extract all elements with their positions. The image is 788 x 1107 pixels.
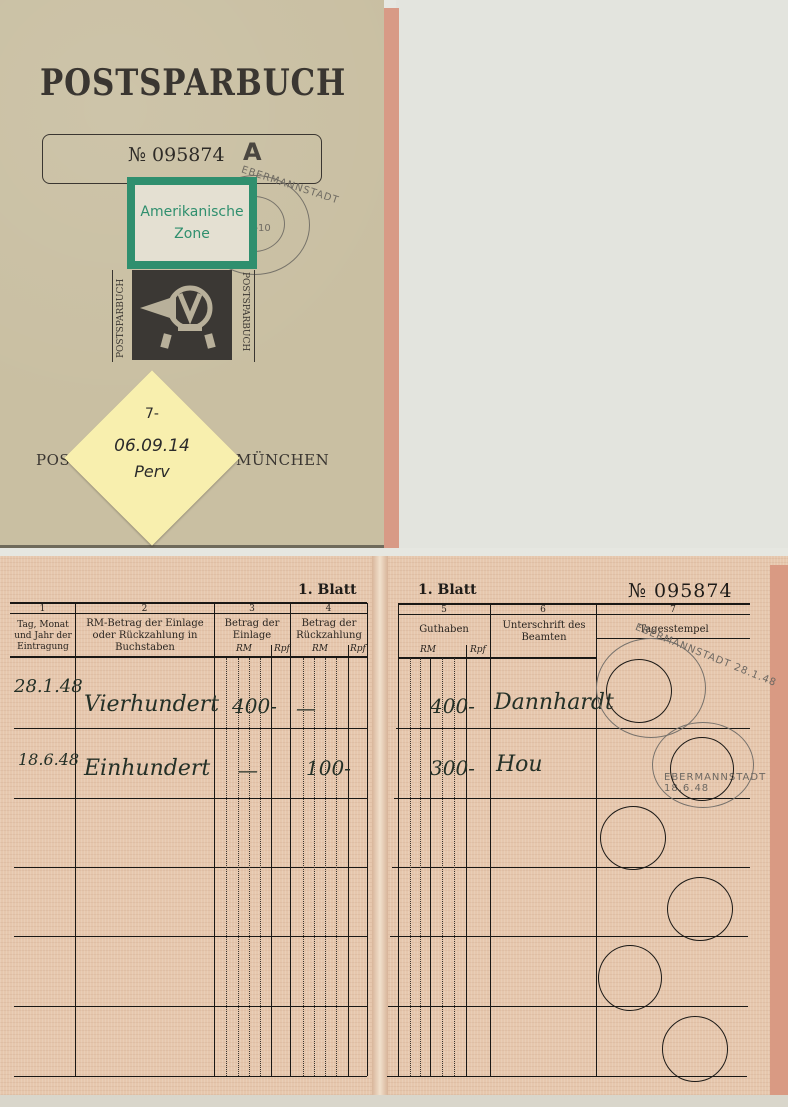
entry-2-amount-words: Einhundert bbox=[84, 756, 210, 781]
column-number: 2 bbox=[75, 604, 214, 614]
stamp-circle bbox=[598, 945, 662, 1011]
column-header-date: Tag, Monat und Jahr der Eintragung bbox=[12, 620, 74, 653]
stamp-circle bbox=[606, 659, 672, 723]
stamp-circle bbox=[667, 877, 733, 941]
account-number: № 095874 bbox=[128, 144, 225, 166]
american-zone-label: Amerikanische Zone bbox=[127, 177, 257, 269]
entry-2-deposit: — bbox=[238, 758, 258, 782]
post-logo: POSTSPARBUCH POSTSPARBUCH bbox=[112, 270, 252, 362]
sticky-note-line3: Perv bbox=[62, 462, 242, 481]
logo-side-text-left: POSTSPARBUCH bbox=[116, 279, 126, 358]
entry-2-date: 18.6.48 bbox=[18, 750, 68, 769]
entry-1-balance: 400- bbox=[430, 694, 475, 718]
column-number: 3 bbox=[214, 604, 290, 614]
entry-2-signature: Hou bbox=[496, 752, 543, 777]
column-number: 1 bbox=[10, 604, 75, 614]
entry-1-deposit: 400- bbox=[232, 694, 277, 718]
logo-side-text-right: POSTSPARBUCH bbox=[240, 272, 250, 351]
column-header-signature: Unterschrift des Beamten bbox=[496, 620, 592, 644]
stamp-circle bbox=[670, 737, 734, 801]
column-header-deposit: Betrag der Einlage bbox=[218, 618, 286, 642]
account-number-suffix: A bbox=[243, 138, 262, 166]
post-horn-icon bbox=[132, 270, 232, 360]
right-page-number: № 095874 bbox=[628, 580, 733, 602]
entry-2-withdrawal: 100- bbox=[306, 756, 351, 780]
cover-footer-right: MÜNCHEN bbox=[236, 451, 329, 469]
entry-2-balance: 300- bbox=[430, 756, 475, 780]
stamp-circle bbox=[662, 1016, 728, 1082]
cover-title: POSTSPARBUCH bbox=[40, 62, 289, 104]
entry-1-amount-words: Vierhundert bbox=[84, 692, 219, 717]
column-header-day-stamp: Tagesstempel bbox=[600, 624, 748, 636]
column-number: 4 bbox=[290, 604, 367, 614]
entry-1-date: 28.1.48 bbox=[14, 676, 70, 697]
zone-label-line1: Amerikanische bbox=[140, 201, 243, 223]
scanner-background bbox=[396, 0, 788, 548]
stamp-circle bbox=[600, 806, 666, 870]
sticky-note: 7- 06.09.14 Perv bbox=[62, 368, 242, 548]
page-gutter bbox=[372, 556, 388, 1107]
right-sheet-label: 1. Blatt bbox=[418, 582, 477, 598]
zone-label-line2: Zone bbox=[174, 223, 210, 245]
scanner-bottom-strip bbox=[0, 1095, 788, 1107]
entry-1-withdrawal: — bbox=[296, 696, 316, 720]
column-header-withdrawal: Betrag der Rückzahlung bbox=[292, 618, 366, 642]
sticky-note-line1: 7- bbox=[62, 406, 242, 422]
column-header-balance: Guthaben bbox=[400, 624, 488, 636]
page-edge bbox=[770, 565, 788, 1107]
sticky-note-date: 06.09.14 bbox=[62, 436, 242, 456]
left-sheet-label: 1. Blatt bbox=[298, 582, 357, 598]
column-header-amount-words: RM-Betrag der Einlage oder Rückzahlung i… bbox=[80, 618, 210, 654]
